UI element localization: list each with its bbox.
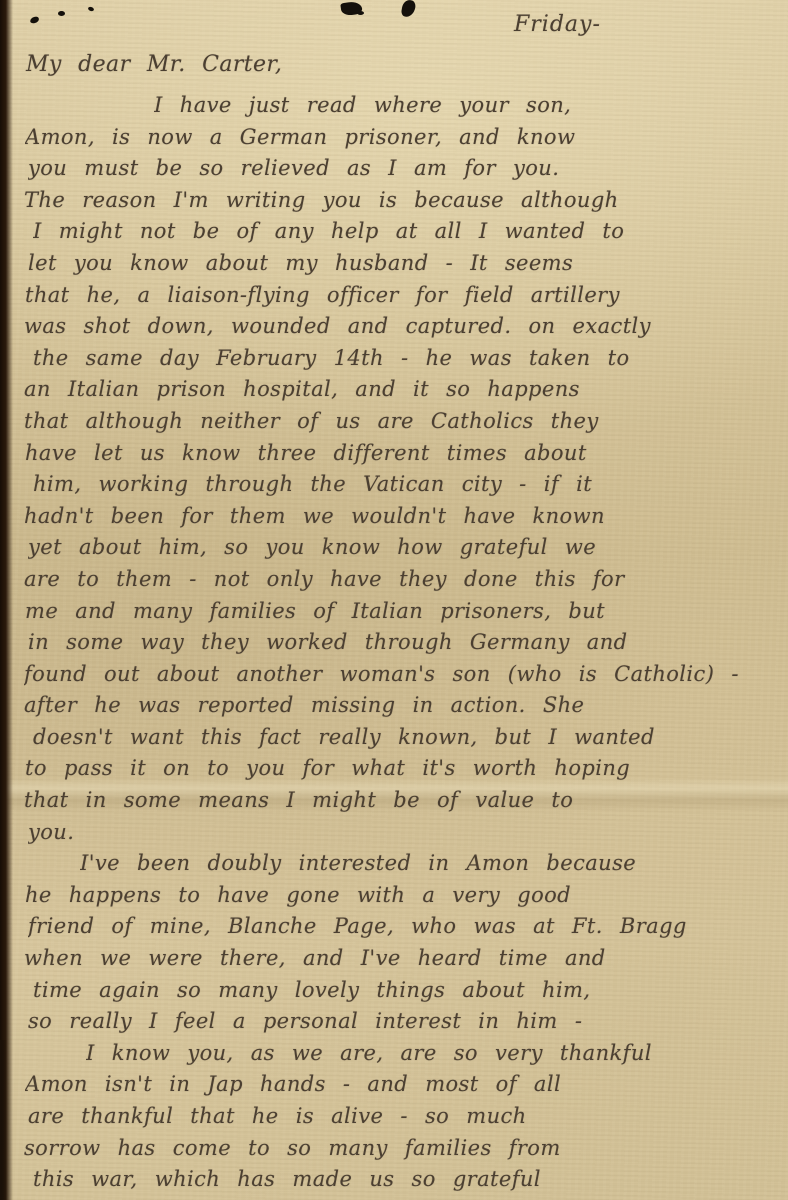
scan-edge [0, 0, 13, 1200]
letter-date: Friday- [514, 12, 601, 37]
ink-speck [29, 16, 39, 24]
paragraph-1: I have just read where your son,Amon, is… [24, 90, 772, 848]
letter-line: yet about him, so you know how grateful … [28, 532, 772, 564]
letter-line: that although neither of us are Catholic… [24, 406, 772, 438]
letter-line: in some way they worked through Germany … [28, 627, 772, 659]
ink-speck [87, 6, 94, 12]
letter-line: him, working through the Vatican city - … [33, 469, 772, 501]
letter-line: an Italian prison hospital, and it so ha… [24, 374, 772, 406]
letter-line: after he was reported missing in action.… [24, 690, 772, 722]
letter-line: Amon isn't in Jap hands - and most of al… [25, 1069, 772, 1101]
letter-line: are to them - not only have they done th… [24, 564, 772, 596]
letter-line: that he, a liaison-flying officer for fi… [25, 280, 772, 312]
ink-speck [357, 11, 364, 15]
letter-line: hadn't been for them we wouldn't have kn… [24, 501, 772, 533]
letter-line: The reason I'm writing you is because al… [24, 185, 772, 217]
letter-body: I have just read where your son,Amon, is… [24, 90, 772, 1196]
letter-line: the same day February 14th - he was take… [33, 343, 772, 375]
letter-line: I know you, as we are, are so very thank… [86, 1038, 772, 1070]
paragraph-2: I've been doubly interested in Amon beca… [24, 848, 772, 1038]
letter-page: Friday- My dear Mr. Carter, I have just … [0, 0, 788, 1200]
letter-line: when we were there, and I've heard time … [24, 943, 772, 975]
letter-line: I've been doubly interested in Amon beca… [80, 848, 772, 880]
letter-line: this war, which has made us so grateful [33, 1164, 772, 1196]
letter-line: I have just read where your son, [154, 90, 772, 122]
letter-salutation: My dear Mr. Carter, [26, 52, 282, 77]
letter-line: have let us know three different times a… [25, 438, 772, 470]
paragraph-3: I know you, as we are, are so very thank… [24, 1038, 772, 1196]
letter-line: I might not be of any help at all I want… [33, 216, 772, 248]
letter-line: are thankful that he is alive - so much [28, 1101, 772, 1133]
letter-line: let you know about my husband - It seems [28, 248, 772, 280]
letter-line: doesn't want this fact really known, but… [33, 722, 772, 754]
ink-blot [401, 0, 417, 18]
letter-line: to pass it on to you for what it's worth… [25, 753, 772, 785]
letter-line: found out about another woman's son (who… [24, 659, 772, 691]
letter-line: Amon, is now a German prisoner, and know [25, 122, 772, 154]
scan-edge-lower [0, 1040, 7, 1200]
letter-line: you must be so relieved as I am for you. [28, 153, 772, 185]
letter-line: so really I feel a personal interest in … [28, 1006, 772, 1038]
letter-line: he happens to have gone with a very good [25, 880, 772, 912]
ink-speck [58, 11, 65, 16]
letter-line: that in some means I might be of value t… [24, 785, 772, 817]
letter-line: was shot down, wounded and captured. on … [24, 311, 772, 343]
letter-line: friend of mine, Blanche Page, who was at… [28, 911, 772, 943]
letter-line: you. [28, 817, 772, 849]
letter-line: time again so many lovely things about h… [33, 975, 772, 1007]
letter-line: me and many families of Italian prisoner… [25, 596, 772, 628]
letter-line: sorrow has come to so many families from [24, 1133, 772, 1165]
